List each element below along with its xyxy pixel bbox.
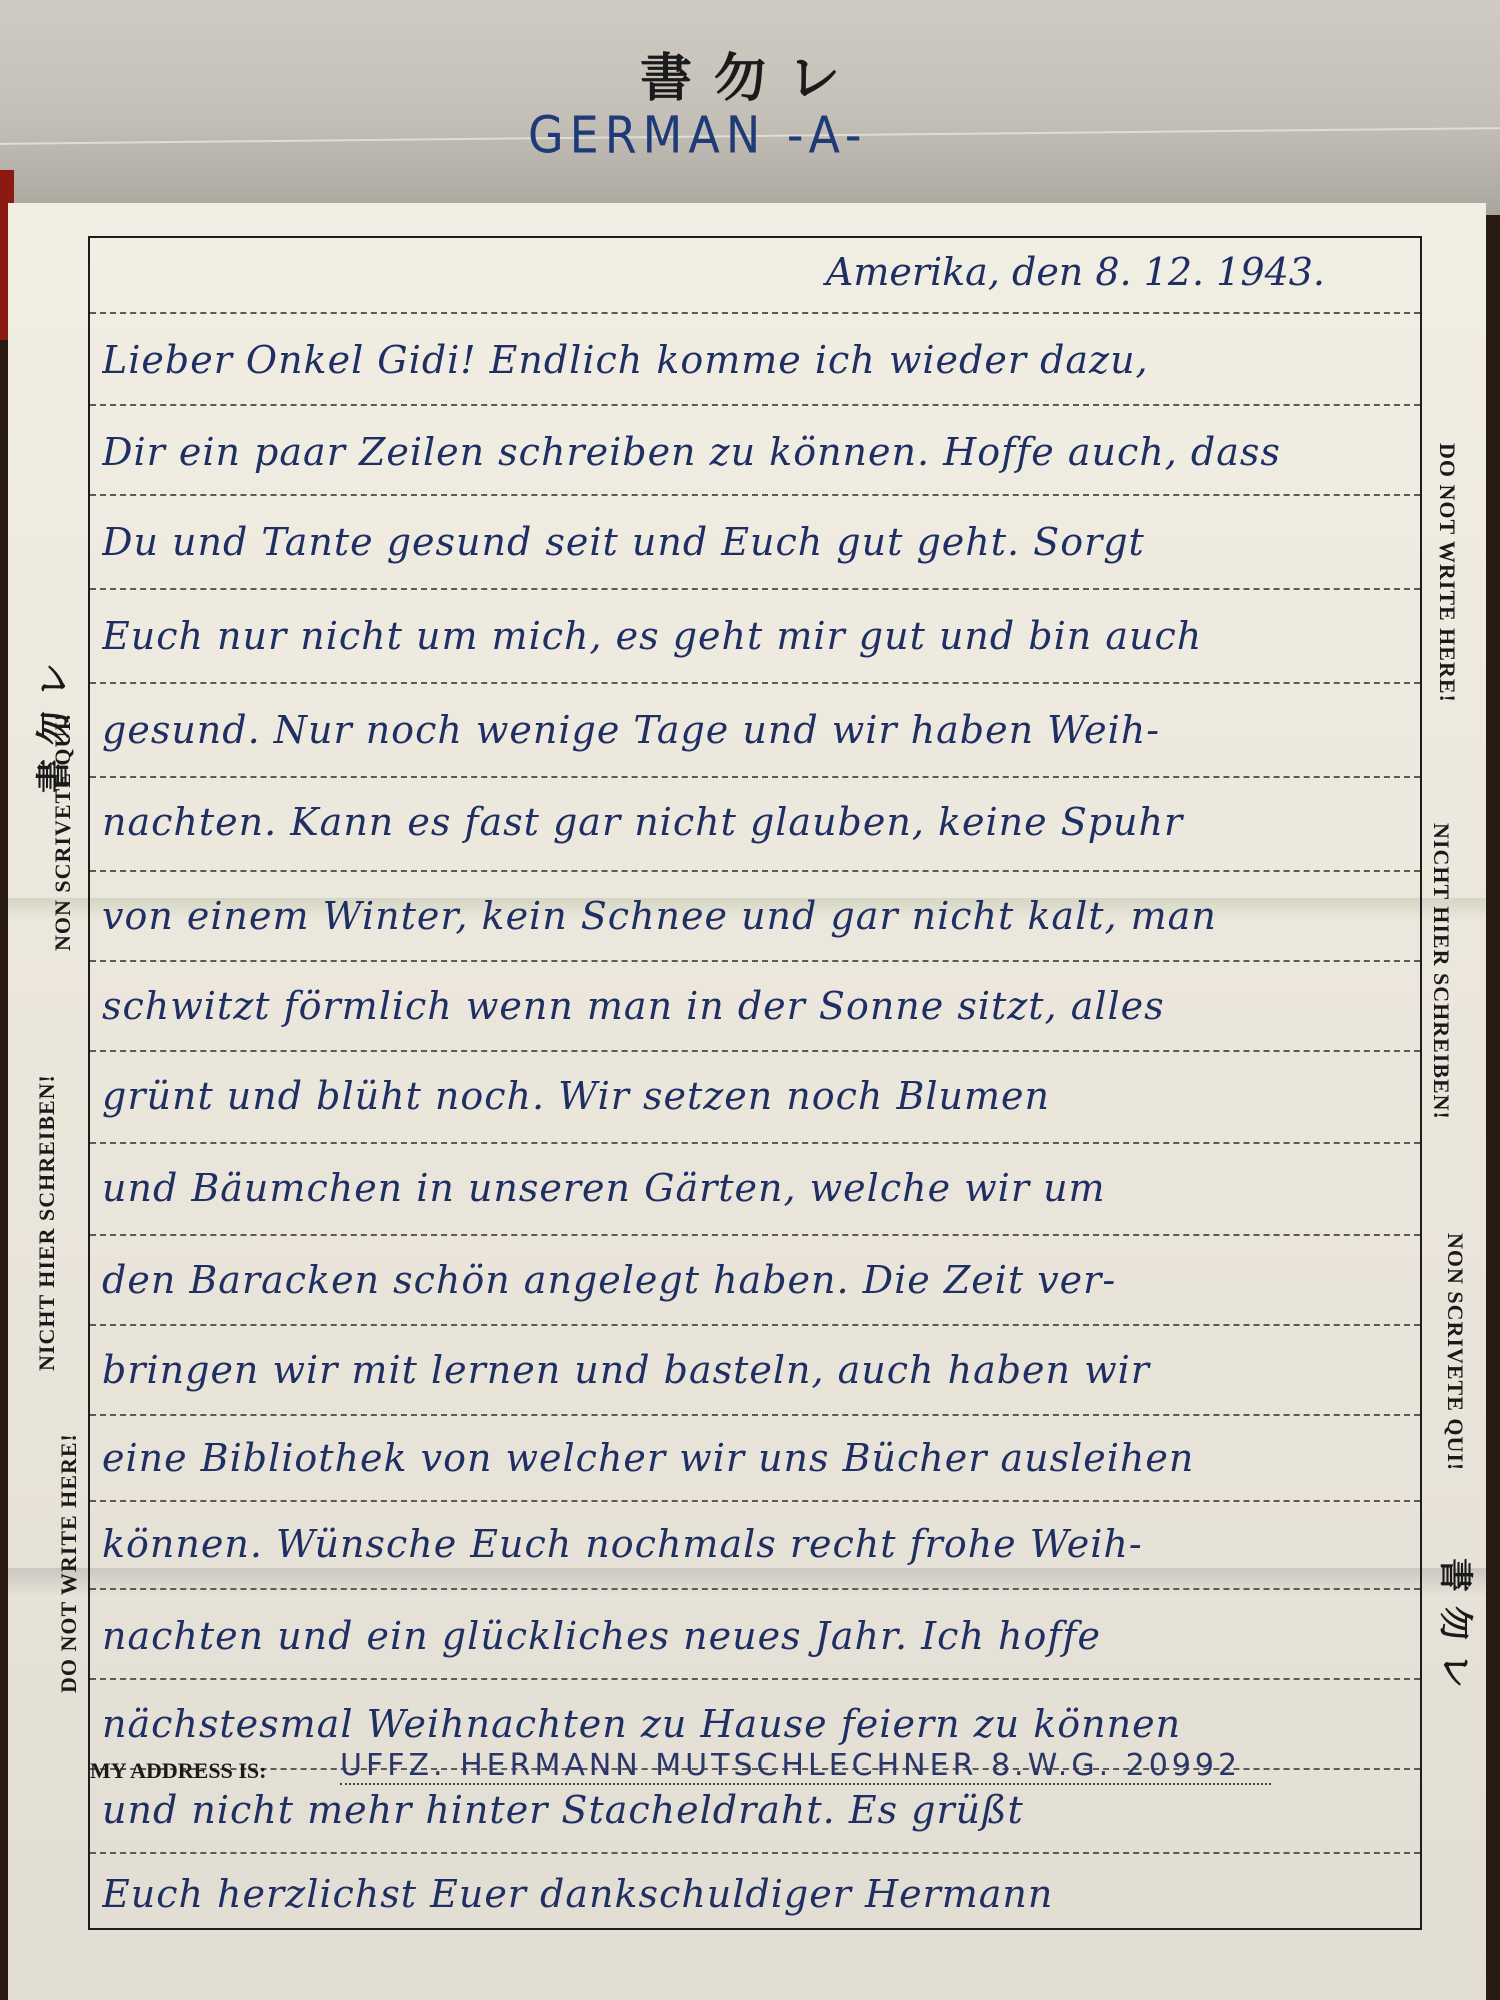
letter-line-5: gesund. Nur noch wenige Tage und wir hab…: [102, 708, 1406, 752]
left-margin-do-not-write: DO NOT WRITE HERE!: [56, 1433, 82, 1693]
letter-line-3: Du und Tante gesund seit und Euch gut ge…: [102, 520, 1406, 564]
address-label: MY ADDRESS IS:: [90, 1758, 266, 1784]
envelope-flap: 書勿レ GERMAN -A-: [0, 0, 1500, 215]
ruled-line: [90, 960, 1420, 962]
ruled-line: [90, 1234, 1420, 1236]
flap-handwritten-label: GERMAN -A-: [528, 105, 868, 164]
ruled-line: [90, 1588, 1420, 1590]
letter-sheet: 書勿レ NON SCRIVETE QUI! NICHT HIER SCHREIB…: [8, 203, 1486, 2000]
letter-line-9: grünt und blüht noch. Wir setzen noch Bl…: [102, 1074, 1406, 1118]
letter-line-16: nächstesmal Weihnachten zu Hause feiern …: [102, 1702, 1406, 1746]
ruled-line: [90, 1852, 1420, 1854]
ruled-line: [90, 870, 1420, 872]
ruled-line: [90, 776, 1420, 778]
ruled-line: [90, 404, 1420, 406]
right-margin-non-scrivete: NON SCRIVETE QUI!: [1442, 1233, 1468, 1471]
letter-line-17: und nicht mehr hinter Stacheldraht. Es g…: [102, 1788, 1406, 1832]
ruled-line: [90, 494, 1420, 496]
address-value: UFFZ. HERMANN MUTSCHLECHNER 8.W.G. 20992: [340, 1748, 1271, 1785]
letter-line-6: nachten. Kann es fast gar nicht glauben,…: [102, 800, 1406, 844]
letter-line-12: bringen wir mit lernen und basteln, auch…: [102, 1348, 1406, 1392]
ruled-line: [90, 312, 1420, 314]
ruled-line: [90, 1414, 1420, 1416]
letter-line-1: Lieber Onkel Gidi! Endlich komme ich wie…: [102, 338, 1406, 382]
letter-line-4: Euch nur nicht um mich, es geht mir gut …: [102, 614, 1406, 658]
letter-line-10: und Bäumchen in unseren Gärten, welche w…: [102, 1166, 1406, 1210]
address-row: MY ADDRESS IS: UFFZ. HERMANN MUTSCHLECHN…: [90, 1750, 1450, 1790]
letter-line-14: können. Wünsche Euch nochmals recht froh…: [102, 1522, 1406, 1566]
left-margin-nicht-hier: NICHT HIER SCHREIBEN!: [34, 1074, 60, 1371]
letter-line-15: nachten und ein glückliches neues Jahr. …: [102, 1614, 1406, 1658]
right-margin-characters: 書勿レ: [1434, 1558, 1483, 1702]
ruled-line: [90, 1050, 1420, 1052]
ruled-line: [90, 588, 1420, 590]
flap-censor-characters: 書勿レ: [640, 36, 862, 111]
ruled-line: [90, 1324, 1420, 1326]
ruled-line: [90, 1142, 1420, 1144]
right-margin-do-not-write: DO NOT WRITE HERE!: [1434, 443, 1460, 703]
ruled-line: [90, 1500, 1420, 1502]
right-margin-nicht-hier: NICHT HIER SCHREIBEN!: [1428, 823, 1454, 1120]
letter-line-13: eine Bibliothek von welcher wir uns Büch…: [102, 1436, 1406, 1480]
writing-frame: Amerika, den 8. 12. 1943. Lieber Onkel G…: [88, 236, 1422, 1930]
letter-line-11: den Baracken schön angelegt haben. Die Z…: [102, 1258, 1406, 1302]
ruled-line: [90, 1678, 1420, 1680]
letter-line-7: von einem Winter, kein Schnee und gar ni…: [102, 894, 1406, 938]
date-line: Amerika, den 8. 12. 1943.: [826, 250, 1325, 294]
letter-line-2: Dir ein paar Zeilen schreiben zu können.…: [102, 430, 1406, 474]
left-margin-non-scrivete: NON SCRIVETE QUI!: [50, 713, 76, 951]
letter-line-8: schwitzt förmlich wenn man in der Sonne …: [102, 984, 1406, 1028]
letter-line-18: Euch herzlichst Euer dankschuldiger Herm…: [102, 1872, 1406, 1916]
ruled-line: [90, 682, 1420, 684]
